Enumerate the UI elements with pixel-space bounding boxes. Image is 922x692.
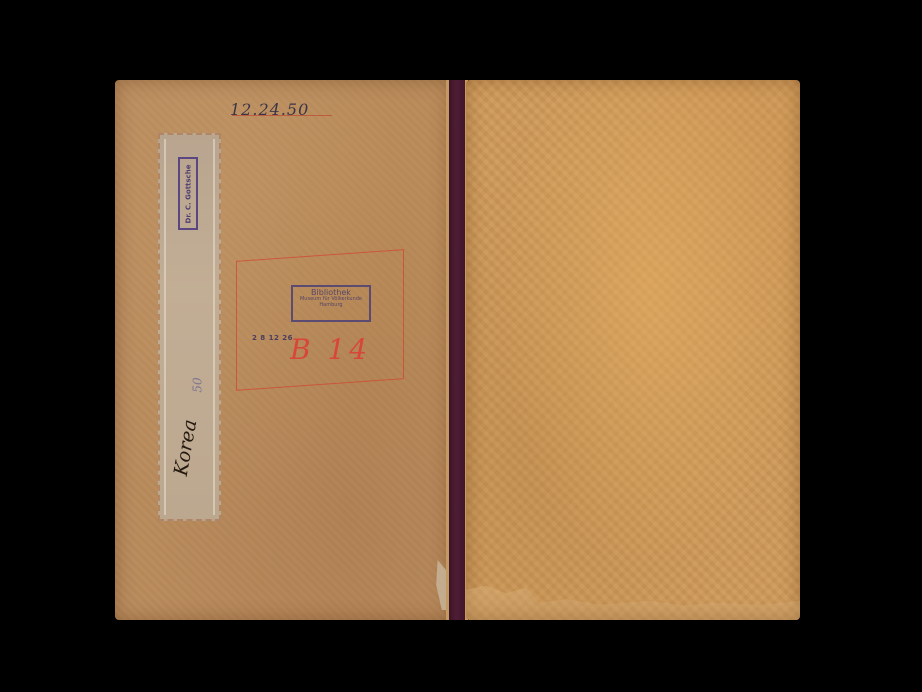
water-stain <box>466 582 800 620</box>
date-stamp: 2 8 12 26 <box>252 334 293 342</box>
inventory-number: 12.24.50 <box>230 100 309 119</box>
owner-stamp-text: Dr. C. Gottsche <box>184 164 192 223</box>
right-cover <box>466 80 800 620</box>
shelf-mark: B 14 <box>290 333 371 366</box>
pencil-number: 50 <box>191 377 205 392</box>
book-spine <box>449 80 466 620</box>
inventory-underline <box>232 115 332 116</box>
owner-stamp: Dr. C. Gottsche <box>178 157 198 230</box>
library-stamp: Bibliothek Museum für Völkerkunde Hambur… <box>291 285 371 322</box>
library-stamp-line3: Hamburg <box>293 303 369 308</box>
